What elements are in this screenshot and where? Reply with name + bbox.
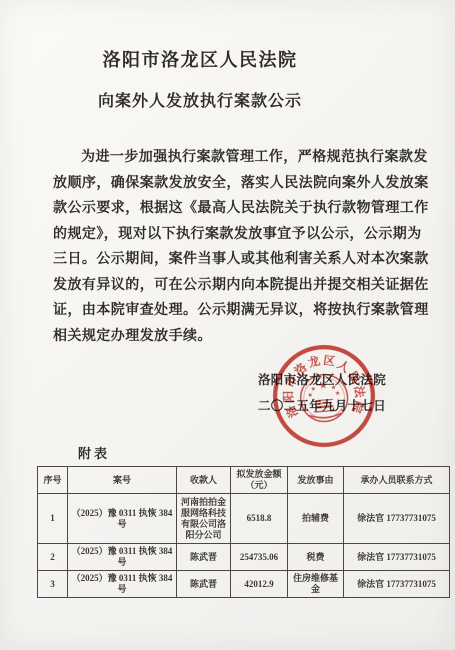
table-cell: 6518.8 — [231, 494, 288, 544]
table-row: 2（2025）豫 0311 执恢 384 号陈武晋254735.06税费徐法官 … — [38, 544, 450, 571]
svg-text:★: ★ — [335, 390, 341, 397]
table-cell: 陈武晋 — [177, 571, 231, 598]
table-cell: 拍辅费 — [288, 494, 344, 544]
court-seal-stamp-icon: 洛阳市洛龙区人民法院 ★ ★ ★ ★ ★ — [264, 336, 384, 456]
svg-text:★: ★ — [318, 380, 328, 392]
notice-line: 放顺序，确保案款发放安全，落实人民法院向案外人发放案 — [53, 171, 405, 197]
notice-line: 为进一步加强执行案款管理工作，严格规范执行案款发 — [53, 145, 405, 171]
notice-paragraph: 为进一步加强执行案款管理工作，严格规范执行案款发放顺序，确保案款发放安全，落实人… — [53, 145, 405, 349]
table-cell: 42012.9 — [231, 571, 288, 598]
notice-title: 向案外人发放执行案款公示 — [0, 88, 400, 111]
seal-char: 阳 — [281, 390, 295, 402]
table-header-cell: 发放事由 — [288, 467, 344, 494]
fund-distribution-table: 序号案号收款人拟发放金额（元）发放事由承办人员联系方式 1（2025）豫 031… — [37, 466, 450, 598]
seal-char: 法 — [352, 385, 367, 399]
table-cell: 3 — [38, 571, 68, 598]
table-cell: 河南拍拍金服网络科技有限公司洛阳分公司 — [177, 494, 231, 544]
seal-char: 洛 — [283, 403, 301, 421]
table-cell: 徐法官 17737731075 — [344, 544, 450, 571]
title-block: 洛阳市洛龙区人民法院 向案外人发放执行案款公示 — [0, 46, 400, 111]
table-cell: 徐法官 17737731075 — [344, 494, 450, 544]
attachment-table-label: 附表 — [78, 443, 110, 462]
table-header-cell: 序号 — [38, 467, 68, 494]
notice-line: 证，由本院审查处理。公示期满无异议，将按执行案款管理 — [53, 298, 405, 324]
table-row: 1（2025）豫 0311 执恢 384 号河南拍拍金服网络科技有限公司洛阳分公… — [38, 494, 450, 544]
table-header-cell: 拟发放金额（元） — [231, 467, 288, 494]
notice-line: 的规定》，现对以下执行案款发放事宜予以公示，公示期为 — [53, 222, 405, 248]
table-cell: 2 — [38, 544, 68, 571]
table-cell: 税费 — [288, 544, 344, 571]
court-title: 洛阳市洛龙区人民法院 — [0, 46, 400, 72]
table-row: 3（2025）豫 0311 执恢 384 号陈武晋42012.9住房维修基金徐法… — [38, 571, 450, 598]
table-cell: 徐法官 17737731075 — [344, 571, 450, 598]
seal-char: 民 — [345, 369, 363, 387]
table-cell: 1 — [38, 494, 68, 544]
table-header-row: 序号案号收款人拟发放金额（元）发放事由承办人员联系方式 — [38, 467, 450, 494]
table-header-cell: 案号 — [68, 467, 177, 494]
table-body: 1（2025）豫 0311 执恢 384 号河南拍拍金服网络科技有限公司洛阳分公… — [38, 494, 450, 598]
notice-line: 发放有异议的，可在公示期内向本院提出并提交相关证据佐 — [53, 273, 405, 299]
seal-char: 龙 — [306, 353, 321, 370]
table-header-cell: 承办人员联系方式 — [344, 467, 450, 494]
notice-line: 三日。公示期间，案件当事人或其他利害关系人对本次案款 — [53, 247, 405, 273]
table-cell: （2025）豫 0311 执恢 384 号 — [68, 571, 177, 598]
table-cell: 陈武晋 — [177, 544, 231, 571]
national-emblem-icon: ★ ★ ★ ★ ★ — [299, 373, 349, 423]
seal-char: 区 — [322, 353, 336, 369]
svg-text:★: ★ — [307, 392, 313, 399]
notice-line: 款公示要求，根据这《最高人民法院关于执行款物管理工作 — [53, 196, 405, 222]
table-header-cell: 收款人 — [177, 467, 231, 494]
notice-document-page: 洛阳市洛龙区人民法院 向案外人发放执行案款公示 为进一步加强执行案款管理工作，严… — [0, 0, 455, 650]
table-cell: （2025）豫 0311 执恢 384 号 — [68, 494, 177, 544]
seal-char: 院 — [349, 399, 366, 415]
table-cell: （2025）豫 0311 执恢 384 号 — [68, 544, 177, 571]
table-cell: 住房维修基金 — [288, 571, 344, 598]
table-cell: 254735.06 — [231, 544, 288, 571]
